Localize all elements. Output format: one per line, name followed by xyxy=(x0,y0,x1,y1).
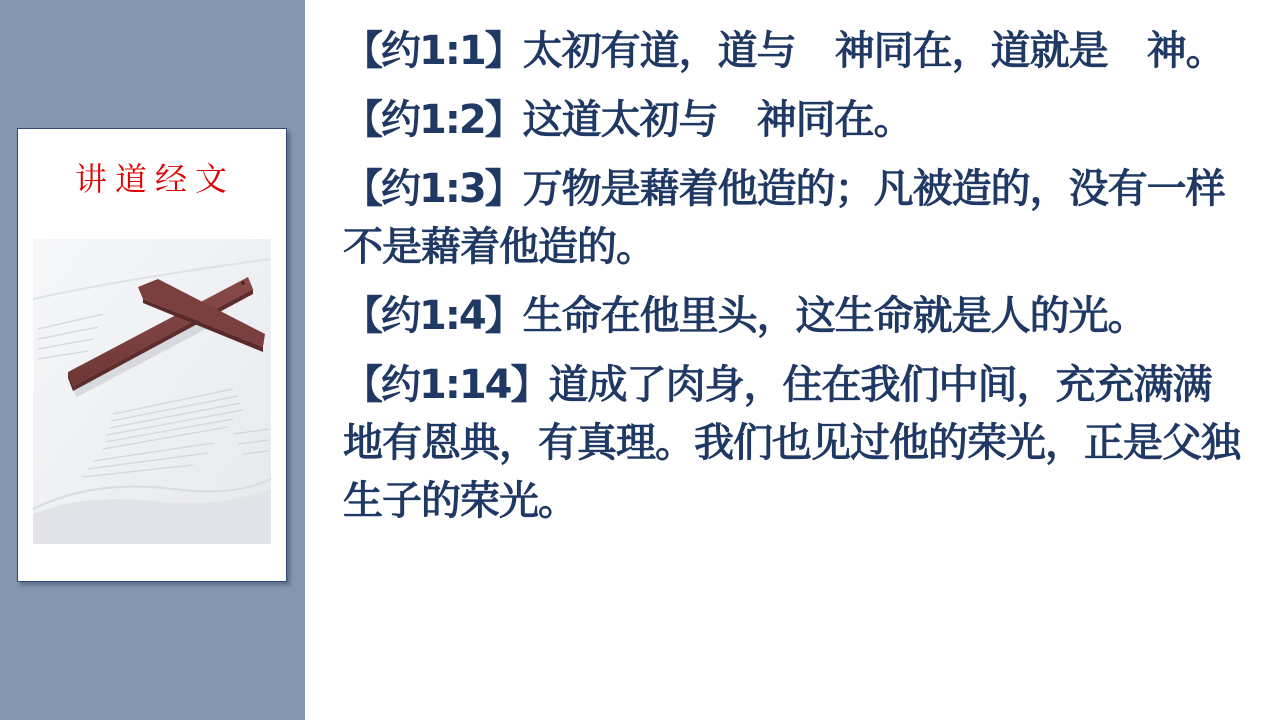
verse-ref: 【约1:14】 xyxy=(343,362,549,408)
verse-john-1-2: 【约1:2】这道太初与 神同在。 xyxy=(343,91,1243,149)
cross-icon xyxy=(33,239,271,544)
verse-text: 太初有道，道与 神同在，道就是 神。 xyxy=(523,28,1225,74)
verse-ref: 【约1:4】 xyxy=(343,293,523,339)
verse-john-1-3: 【约1:3】万物是藉着他造的；凡被造的，没有一样不是藉着他造的。 xyxy=(343,160,1243,276)
verse-john-1-14: 【约1:14】道成了肉身，住在我们中间，充充满满地有恩典，有真理。我们也见过他的… xyxy=(343,356,1243,530)
card-title: 讲道经文 xyxy=(18,159,286,199)
verse-john-1-4: 【约1:4】生命在他里头，这生命就是人的光。 xyxy=(343,287,1243,345)
verse-ref: 【约1:3】 xyxy=(343,166,523,212)
verse-text: 这道太初与 神同在。 xyxy=(523,97,913,143)
cross-on-bible-image xyxy=(33,239,271,544)
slide: 讲道经文 xyxy=(0,0,1280,720)
verse-ref: 【约1:1】 xyxy=(343,28,523,74)
verse-ref: 【约1:2】 xyxy=(343,97,523,143)
side-panel: 讲道经文 xyxy=(0,0,305,720)
scripture-text: 【约1:1】太初有道，道与 神同在，道就是 神。 【约1:2】这道太初与 神同在… xyxy=(343,22,1243,541)
verse-john-1-1: 【约1:1】太初有道，道与 神同在，道就是 神。 xyxy=(343,22,1243,80)
verse-text: 生命在他里头，这生命就是人的光。 xyxy=(523,293,1147,339)
scripture-card: 讲道经文 xyxy=(17,128,287,582)
